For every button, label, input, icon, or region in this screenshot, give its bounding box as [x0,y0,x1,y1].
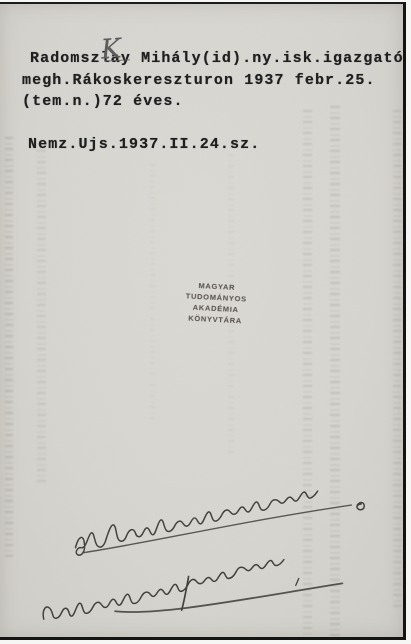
bleedthrough-text-column [150,164,155,424]
index-card: Radomszlay Mihály(id).ny.isk.igazgató me… [0,2,406,640]
bleedthrough-text-column [330,106,340,638]
name-line: Radomszlay Mihály(id).ny.isk.igazgató [30,48,404,70]
source-citation-line: Nemz.Ujs.1937.II.24.sz. [28,136,260,153]
typed-text-block: Radomszlay Mihály(id).ny.isk.igazgató me… [22,48,404,113]
bleedthrough-text-column [393,110,401,610]
scanned-card-photo: Radomszlay Mihály(id).ny.isk.igazgató me… [0,0,411,644]
death-line: megh.Rákoskereszturon 1937 febr.25. [22,70,404,92]
bleedthrough-text-column [37,150,46,485]
library-stamp: MAGYAR TUDOMÁNYOS AKADÉMIA KÖNYVTÁRA [161,278,271,328]
age-line: (tem.n.)72 éves. [22,91,404,113]
bleedthrough-text-column [5,137,13,557]
handwritten-note-1 [75,491,364,555]
handwritten-note-2 [43,560,342,620]
bleedthrough-text-column [303,110,312,635]
